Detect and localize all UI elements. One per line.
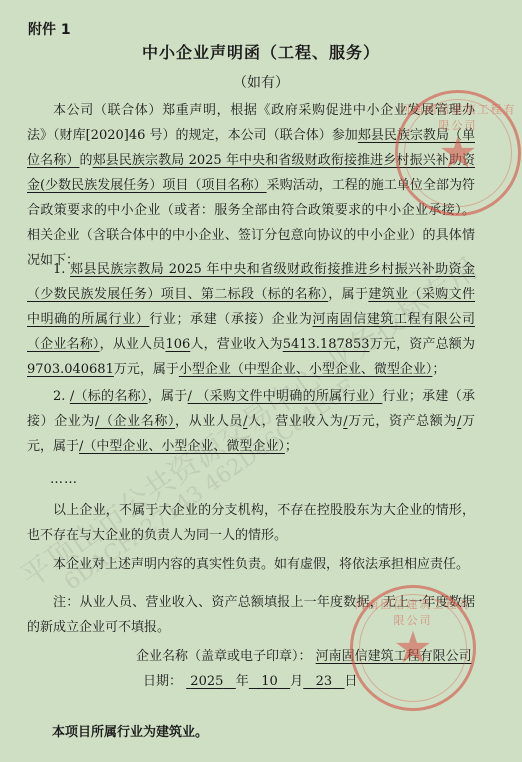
industry: / （采购文件中明确的所属行业） xyxy=(188,389,383,404)
date-year: 2025 xyxy=(186,674,236,689)
assets-value: 9703.040681 xyxy=(27,362,114,377)
date-day: 23 xyxy=(303,674,344,689)
intro-text-2: 的 xyxy=(79,153,92,168)
signature-label: 企业名称（盖章或电子印章）： xyxy=(136,649,312,664)
page-subtitle: （如有） xyxy=(0,72,522,92)
text: ，属于 xyxy=(148,389,188,404)
text: ，从业人员 xyxy=(100,337,166,352)
enterprise-item-2: 2. /（标的名称），属于/ （采购文件中明确的所属行业）行业；承建（承接）企业… xyxy=(27,384,475,459)
text: 万元，属于 xyxy=(114,362,179,377)
text: 万元，资产总额为 xyxy=(370,337,475,352)
text: 人，营业收入为 xyxy=(247,414,343,429)
text: 人，营业收入为 xyxy=(190,337,282,352)
text: ； xyxy=(432,362,445,377)
enterprise-size: 小型企业（中型企业、小型企业、微型企业） xyxy=(179,362,433,377)
industry-note: 本项目所属行业为建筑业。 xyxy=(52,721,208,740)
intro-paragraph: 本公司（联合体）郑重声明，根据《政府采购促进中小企业发展管理办法》（财库[202… xyxy=(27,98,475,273)
signature-line: 企业名称（盖章或电子印章）： 河南固信建筑工程有限公司 xyxy=(136,645,472,664)
day-unit: 日 xyxy=(345,674,358,689)
attachment-label: 附件 1 xyxy=(28,19,71,39)
enterprise-size: /（中型企业、小型企业、微型企业） xyxy=(79,439,285,454)
statement-not-branch: 以上企业，不属于大企业的分支机构，不存在控股股东为大企业的情形，也不存在与大企业… xyxy=(27,498,475,548)
enterprise-item-1: 1. 郏县民族宗教局 2025 年中央和省级财政衔接推进乡村振兴补助资金（少数民… xyxy=(27,257,475,382)
text: ； xyxy=(285,439,298,454)
note: 注：从业人员、营业收入、资产总额填报上一年度数据，无上一年度数据的新成立企业可不… xyxy=(27,590,475,640)
month-unit: 月 xyxy=(290,674,303,689)
date-line: 日期： 2025 年 10 月 23 日 xyxy=(143,670,358,689)
year-unit: 年 xyxy=(236,674,249,689)
text: ，从业人员 xyxy=(175,414,243,429)
revenue-value: 5413.187853 xyxy=(283,337,370,352)
item-number: 1. xyxy=(53,262,65,277)
date-month: 10 xyxy=(249,674,290,689)
company-name: /（企业名称） xyxy=(95,414,175,429)
text: 行业；承建（承接）企业为 xyxy=(149,312,312,327)
ellipsis: …… xyxy=(50,472,78,487)
lot-name: /（标的名称） xyxy=(70,389,148,404)
item-number: 2. xyxy=(53,389,65,404)
document-page: 平顶山市公共资源交易中心 业务投标专用 6DACFA27143 462D46C8… xyxy=(0,0,522,762)
signature-company: 河南固信建筑工程有限公司 xyxy=(316,649,472,664)
text: ，属于 xyxy=(328,287,368,302)
page-title: 中小企业声明函（工程、服务） xyxy=(0,40,522,63)
date-label: 日期： xyxy=(143,674,182,689)
text: 万元，资产总额为 xyxy=(348,414,457,429)
employees-value: 106 xyxy=(165,337,190,352)
statement-authenticity: 本企业对上述声明内容的真实性负责。如有虚假，将依法承担相应责任。 xyxy=(27,552,475,577)
